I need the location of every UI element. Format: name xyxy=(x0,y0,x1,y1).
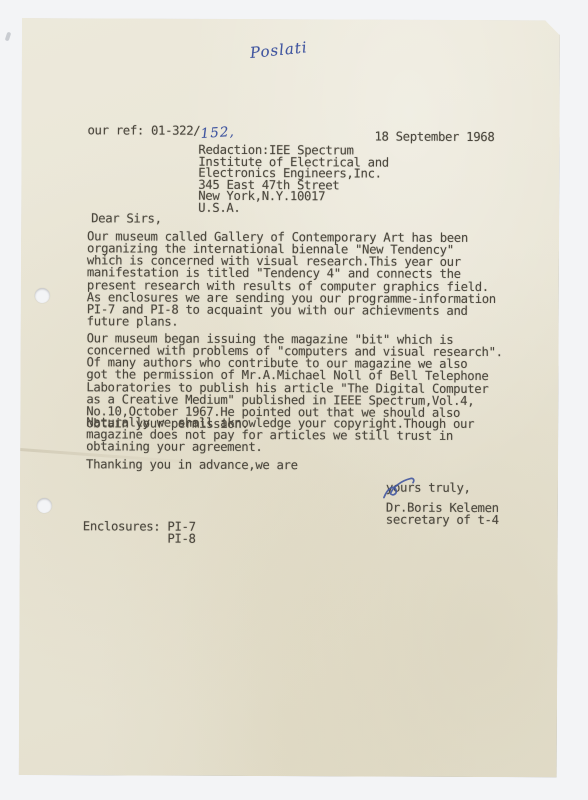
letter-paragraph-3: Naturally we shall aknowledge your copyr… xyxy=(86,416,474,454)
handwritten-note: Poslati xyxy=(249,38,308,62)
signer-title: secretary of t-4 xyxy=(386,514,499,527)
punch-hole-top xyxy=(35,288,50,303)
letter-paper: Poslati our ref: 01-322/152, 18 Septembe… xyxy=(19,18,560,777)
salutation: Dear Sirs, xyxy=(91,212,162,224)
recipient-address: Redaction:IEE Spectrum Institute of Elec… xyxy=(198,145,389,215)
signature-initials xyxy=(380,476,422,502)
closing-line: Thanking you in advance,we are xyxy=(86,458,298,471)
letter-date: 18 September 1968 xyxy=(374,131,494,144)
scan-speck xyxy=(5,32,12,42)
reference-label: our ref: 01-322/ xyxy=(87,123,200,137)
scanned-letter-page: { "scan": { "background_color": "#f3f4f6… xyxy=(0,0,588,800)
reference-line: our ref: 01-322/152, xyxy=(87,124,234,137)
enclosures: Enclosures: PI-7 PI-8 xyxy=(83,520,196,545)
reference-handwritten-number: 152, xyxy=(200,126,235,140)
letter-paragraph-1: Our museum called Gallery of Contemporar… xyxy=(87,230,497,329)
punch-hole-bottom xyxy=(37,498,52,513)
